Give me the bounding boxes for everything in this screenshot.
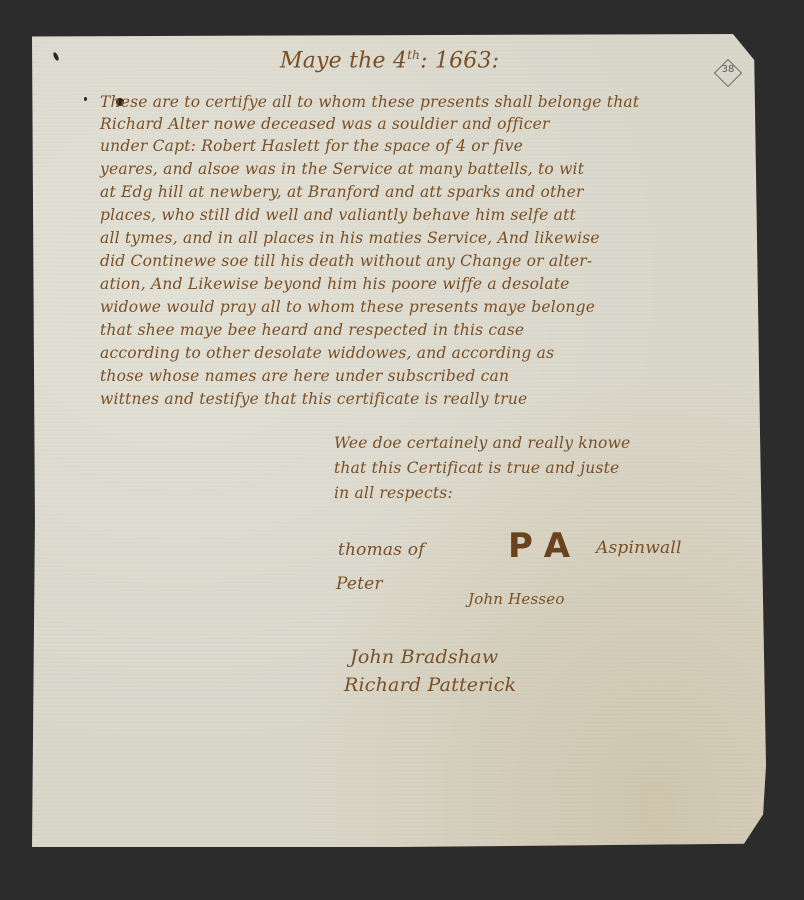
body-line: that shee maye bee heard and respected i… [100, 320, 524, 340]
body-line: ation, And Likewise beyond him his poore… [100, 274, 570, 294]
signature-richard-patterick: Richard Patterick [344, 674, 516, 696]
heading-ordinal: th [407, 48, 420, 62]
body-line: all tymes, and in all places in his mati… [100, 228, 600, 248]
document-date-heading: Maye the 4th: 1663: [280, 48, 499, 73]
body-line: Richard Alter nowe deceased was a souldi… [100, 114, 550, 134]
body-line: under Capt: Robert Haslett for the space… [100, 136, 523, 156]
body-line: places, who still did well and valiantly… [100, 205, 576, 225]
signature-mark-pa: PA [508, 526, 584, 566]
body-line: wittnes and testifye that this certifica… [100, 389, 527, 409]
attestation-line: that this Certificat is true and juste [334, 459, 619, 477]
signature-john-bradshaw: John Bradshaw [350, 646, 498, 668]
heading-year: : 1663: [420, 48, 499, 73]
signature-thomas: thomas of [338, 540, 425, 560]
folio-number: 38 [720, 64, 736, 75]
body-line: yeares, and alsoe was in the Service at … [100, 159, 584, 179]
manuscript-page: 38 Maye the 4th: 1663: These are to cert… [32, 34, 766, 847]
body-line: at Edg hill at newbery, at Branford and … [100, 182, 584, 202]
body-line: did Continewe soe till his death without… [100, 251, 592, 271]
body-line: according to other desolate widdowes, an… [100, 343, 554, 363]
attestation-line: in all respects: [334, 484, 453, 502]
heading-date: Maye the 4 [280, 48, 407, 73]
attestation-line: Wee doe certainely and really knowe [334, 434, 630, 452]
body-line: These are to certifye all to whom these … [100, 92, 639, 112]
body-line: widowe would pray all to whom these pres… [100, 297, 595, 317]
body-line: those whose names are here under subscri… [100, 366, 509, 386]
signature-john-hesseo: John Hesseo [468, 590, 565, 608]
ink-blot [84, 97, 87, 101]
signature-peter: Peter [336, 574, 383, 594]
document-scan: 38 Maye the 4th: 1663: These are to cert… [0, 0, 804, 900]
ink-blot [52, 52, 59, 62]
signature-aspinwall: Aspinwall [596, 538, 682, 558]
